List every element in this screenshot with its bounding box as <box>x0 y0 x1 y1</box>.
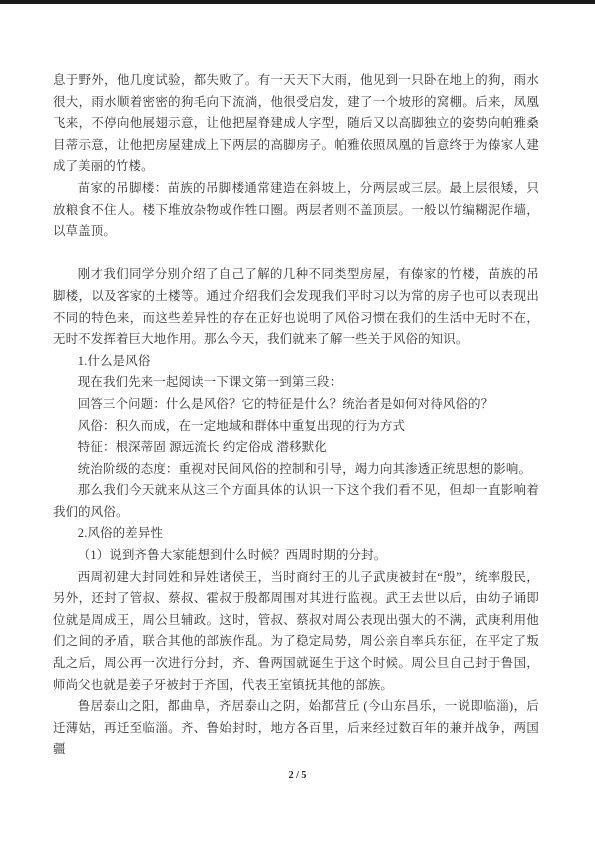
paragraph: （1）说到齐鲁大家能想到什么时候？西周时期的分封。 <box>53 545 539 567</box>
paragraph: 回答三个问题：什么是风俗？它的特征是什么？统治者是如何对待风俗的？ <box>53 394 539 416</box>
paragraph: 那么我们今天就来从这三个方面具体的认识一下这个我们看不见，但却一直影响着我们的风… <box>53 480 539 523</box>
document-page: { "page": { "number_label": "2 / 5", "ba… <box>0 0 595 841</box>
paragraph: 现在我们先来一起阅读一下课文第一到第三段： <box>53 372 539 394</box>
paragraph: 刚才我们同学分别介绍了自己了解的几种不同类型房屋，有傣家的竹楼，苗族的吊脚楼，以… <box>53 264 539 350</box>
paragraph: 风俗：积久而成，在一定地域和群体中重复出现的行为方式 <box>53 416 539 438</box>
paragraph: 2.风俗的差异性 <box>53 523 539 545</box>
document-body: 息于野外，他几度试验，都失败了。有一天天下大雨，他见到一只卧在地上的狗，雨水很大… <box>53 70 539 761</box>
page-number: 2 / 5 <box>0 770 595 781</box>
paragraph: 特征：根深蒂固 源远流长 约定俗成 潜移默化 <box>53 437 539 459</box>
paragraph: 西周初建大封同姓和异姓诸侯王，当时商纣王的儿子武庚被封在“殷”，统率殷民，另外，… <box>53 567 539 697</box>
top-border-bar <box>0 0 595 4</box>
paragraph: 统治阶级的态度：重视对民间风俗的控制和引导，竭力向其渗透正统思想的影响。 <box>53 459 539 481</box>
paragraph: 息于野外，他几度试验，都失败了。有一天天下大雨，他见到一只卧在地上的狗，雨水很大… <box>53 70 539 178</box>
paragraph: 1.什么是风俗 <box>53 351 539 373</box>
paragraph-spacer <box>53 243 539 265</box>
paragraph: 鲁居泰山之阳，都曲阜，齐居泰山之阴，始都营丘 (今山东昌乐，一说即临淄)，后迁薄… <box>53 696 539 761</box>
paragraph: 苗家的吊脚楼：苗族的吊脚楼通常建造在斜坡上，分两层或三层。最上层很矮，只放粮食不… <box>53 178 539 243</box>
